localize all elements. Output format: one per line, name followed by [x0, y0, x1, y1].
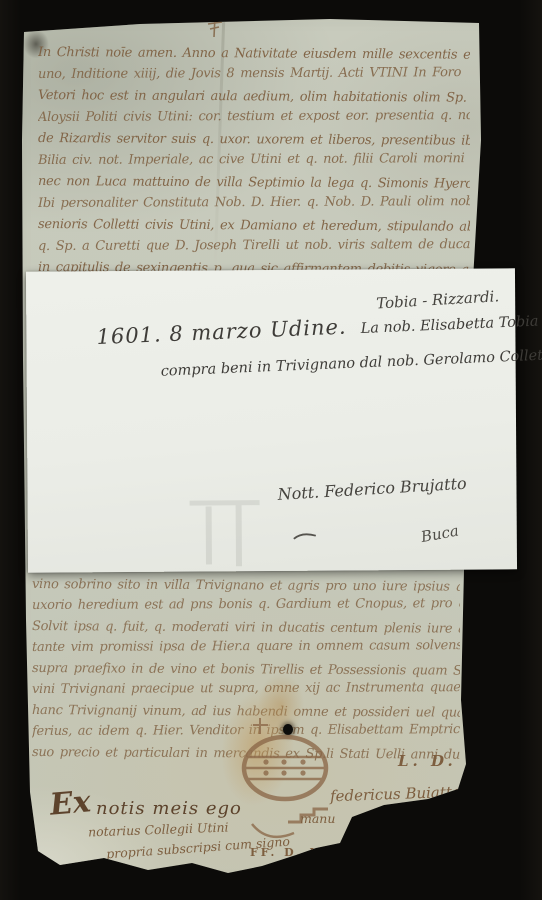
ink-showthrough-marks	[178, 498, 278, 569]
manuscript-line: uno, Inditione xiiij, die Jovis 8 mensis…	[38, 62, 470, 85]
manuscript-line: Aloysii Politi civis Utini: cor. testium…	[38, 105, 470, 128]
note-date: 1601. 8 marzo Udine.	[96, 315, 347, 349]
showthrough-stroke	[206, 506, 212, 564]
showthrough-stroke	[236, 504, 242, 566]
note-signature-flourish: Buca	[419, 522, 460, 547]
eschatocol-line: notis meis ego	[96, 798, 242, 819]
notary-name: federicus Buiatta	[330, 783, 461, 806]
photograph-of-notarial-deed: In Christi noīe amen. Anno a Nativitate …	[0, 0, 542, 900]
pen-dash-mark	[292, 528, 318, 547]
manuscript-line: Bilia civ. not. Imperiale, ac cive Utini…	[38, 148, 470, 171]
archivist-note-slip: Tobia - Rizzardi. 1601. 8 marzo Udine. L…	[26, 268, 517, 572]
manuscript-line: q. Sp. a Curetti que D. Joseph Tirelli u…	[38, 234, 470, 257]
note-summary-line-1: La nob. Elisabetta Tobia vedova Rizzardi	[360, 308, 542, 337]
note-signature: Nott. Federico Brujatto	[277, 474, 467, 504]
signum-letters: FF. D. V.	[250, 846, 326, 859]
manuscript-line: tante vim promissi ipsa de Hier.a quare …	[32, 635, 460, 658]
manuscript-line: Ibi personaliter Constituta Nob. D. Hier…	[38, 191, 470, 214]
eschatocol-word-manu: manu	[300, 811, 335, 826]
showthrough-stroke	[190, 500, 260, 505]
laus-deo-initials: L. D.	[398, 752, 457, 770]
eschatocol-ex-initial: Ex	[49, 784, 93, 822]
manuscript-line: uxorio heredium est ad pns bonis q. Gard…	[32, 593, 460, 616]
note-date-row: 1601. 8 marzo Udine. La nob. Elisabetta …	[96, 301, 542, 349]
invocation-cross-icon	[206, 14, 224, 44]
manuscript-upper-text-block: In Christi noīe amen. Anno a Nativitate …	[38, 42, 470, 300]
note-summary-line-2: compra beni in Trivignano dal nob. Gerol…	[160, 347, 542, 380]
